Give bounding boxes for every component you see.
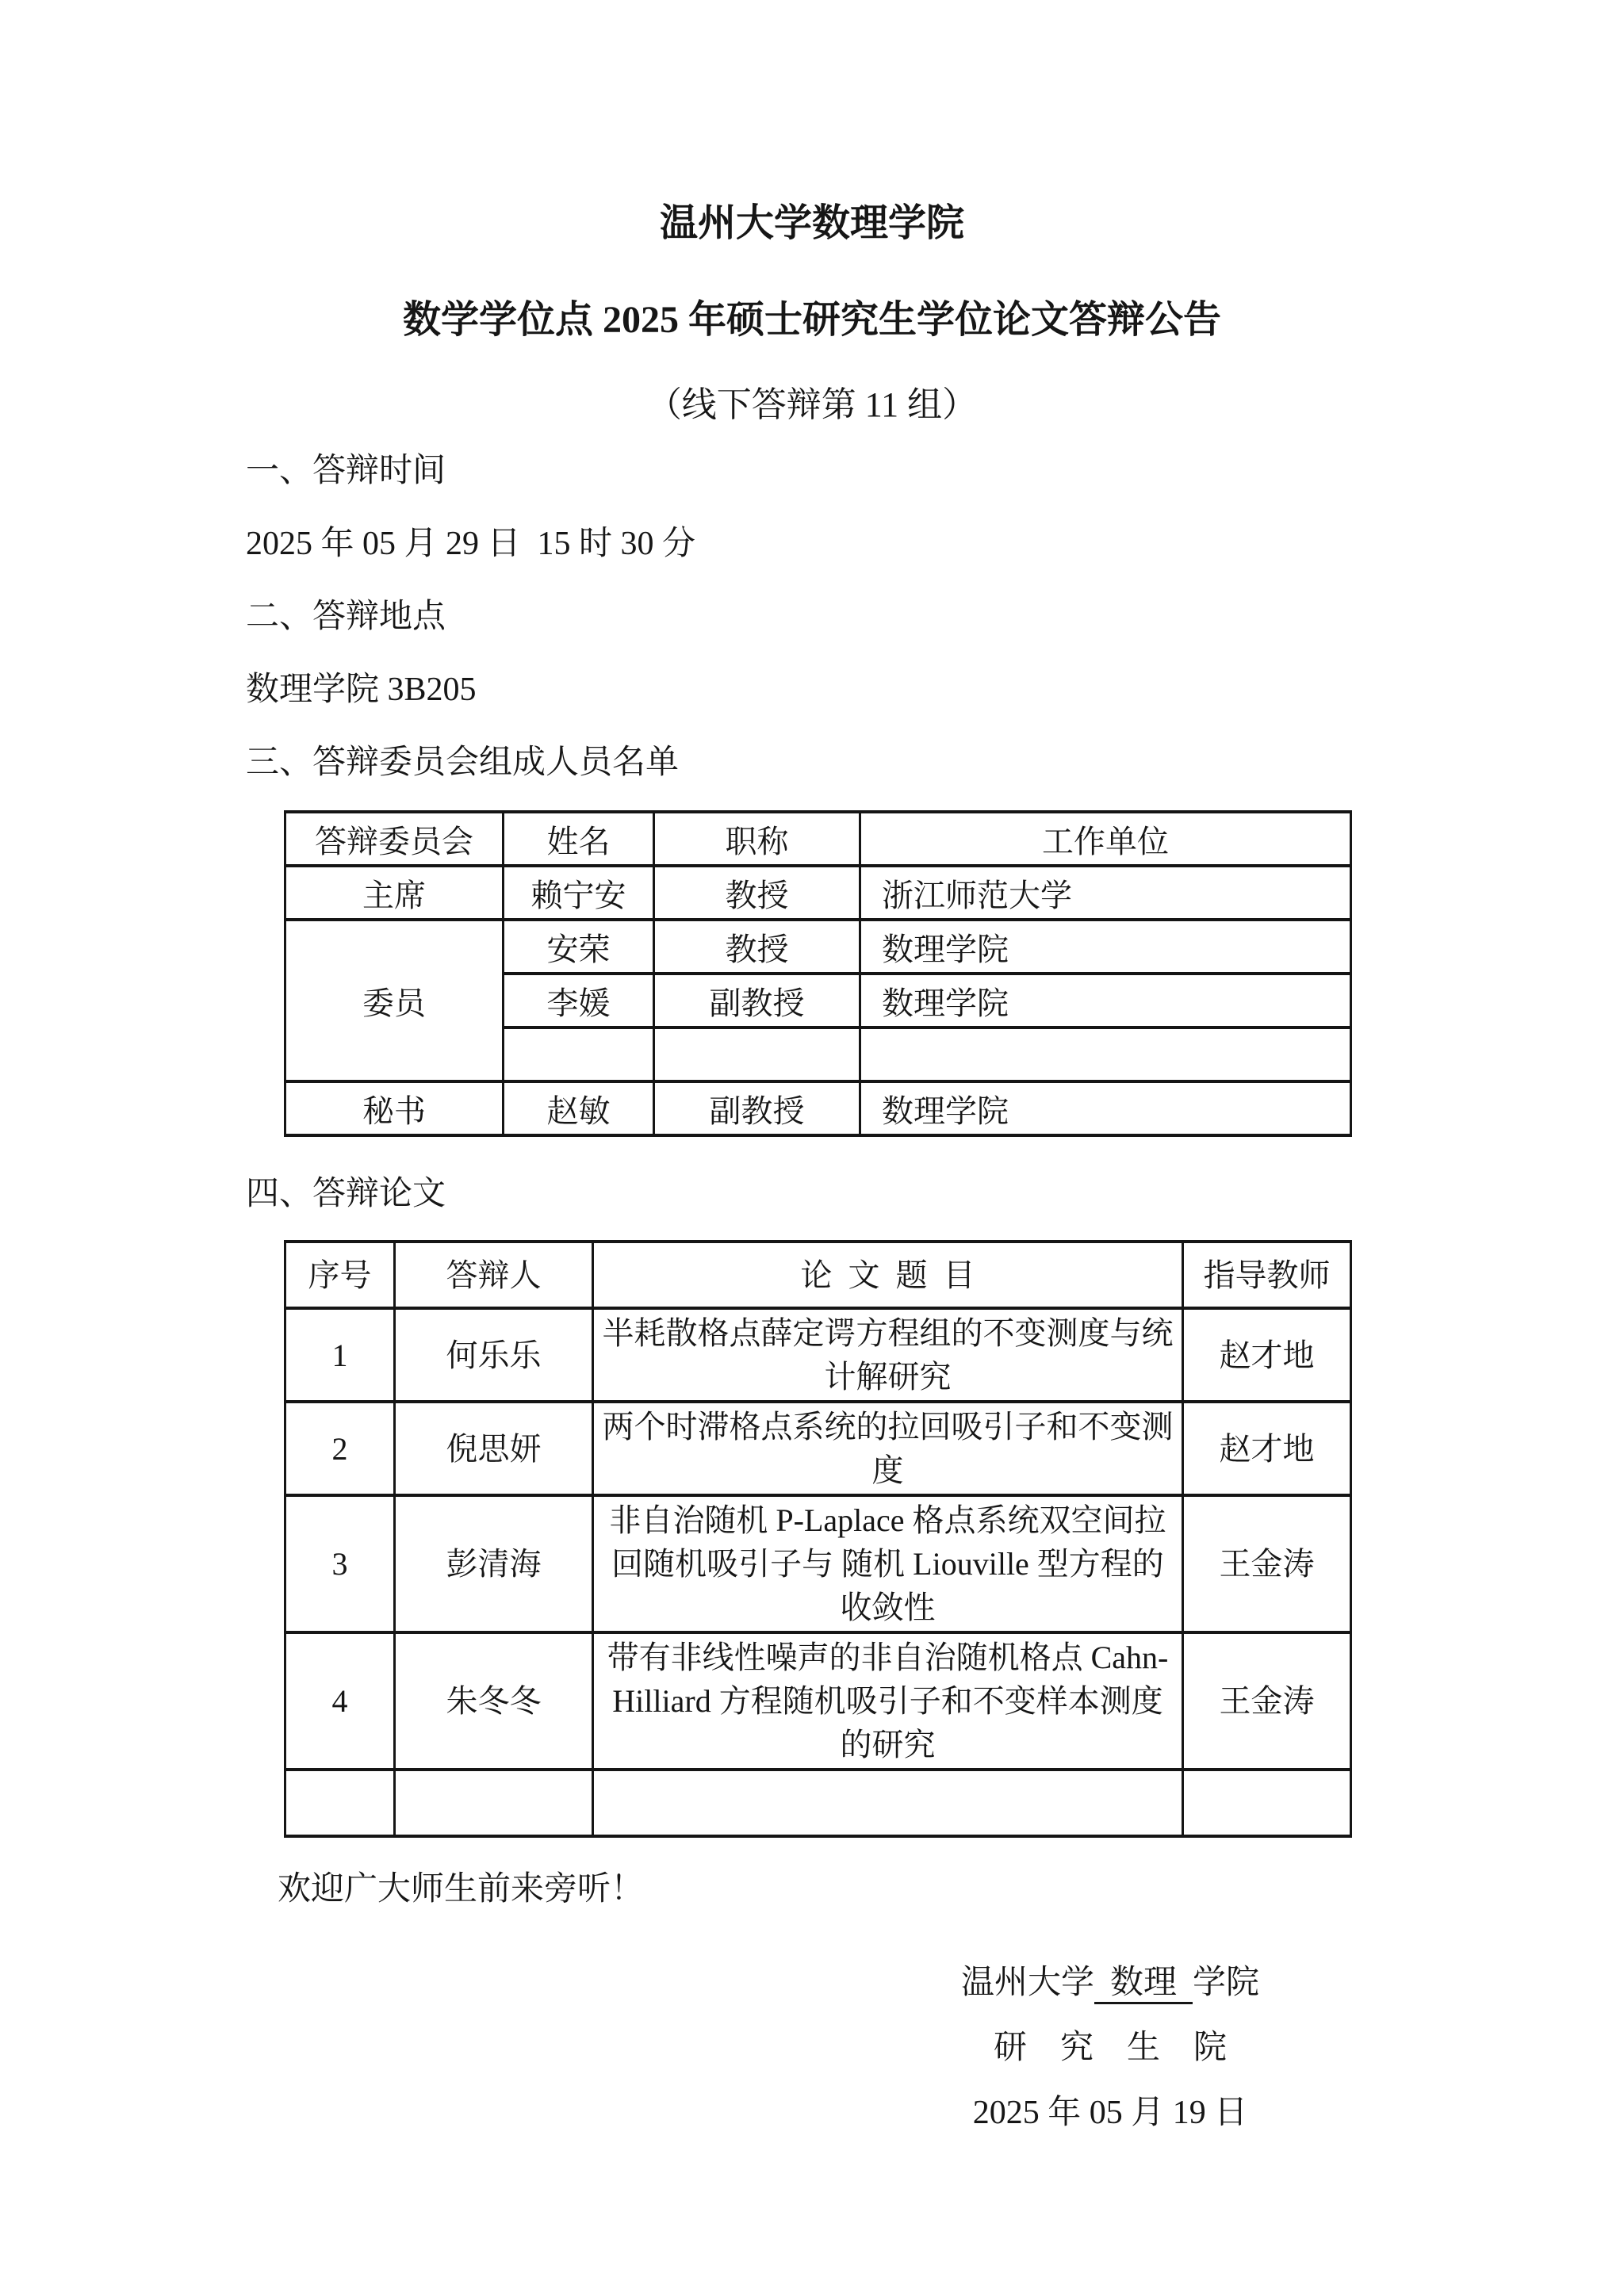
signature-org-prefix: 温州大学 <box>961 1965 1094 2001</box>
committee-cell-role: 秘书 <box>285 1081 504 1135</box>
committee-cell-title: 副教授 <box>654 1081 860 1135</box>
committee-cell-title: 教授 <box>654 866 860 920</box>
signature-org-line: 温州大学数理学院 <box>955 1950 1266 2015</box>
signature-grad-school-line: 研 究 生 院 <box>955 2015 1266 2080</box>
thesis-cell-title: 非自治随机 P-Laplace 格点系统双空间拉回随机吸引子与 随机 Liouv… <box>593 1495 1183 1632</box>
thesis-header-student: 答辩人 <box>395 1242 593 1308</box>
thesis-cell-advisor: 赵才地 <box>1183 1402 1351 1495</box>
thesis-cell-student: 何乐乐 <box>395 1308 593 1402</box>
committee-cell-unit: 数理学院 <box>860 1081 1351 1135</box>
committee-cell-name: 赵敏 <box>504 1081 654 1135</box>
thesis-cell-student: 朱冬冬 <box>395 1632 593 1770</box>
thesis-cell-student <box>395 1770 593 1836</box>
page-subtitle-main: 数学学位点 2025 年硕士研究生学位论文答辩公告 <box>0 300 1624 341</box>
committee-header-title: 职称 <box>654 812 860 866</box>
page-title: 温州大学数理学院 <box>0 203 1624 244</box>
table-row: 委员 安荣 教授 数理学院 <box>285 920 1351 974</box>
thesis-cell-no <box>285 1770 395 1836</box>
table-row: 2 倪思妍 两个时滞格点系统的拉回吸引子和不变测度 赵才地 <box>285 1402 1351 1495</box>
committee-cell-name: 李媛 <box>504 974 654 1027</box>
signature-org-suffix: 学院 <box>1193 1965 1259 2001</box>
committee-header-row: 答辩委员会 姓名 职称 工作单位 <box>285 812 1351 866</box>
closing-remark: 欢迎广大师生前来旁听！ <box>0 1855 1624 1923</box>
thesis-cell-advisor: 王金涛 <box>1183 1495 1351 1632</box>
thesis-cell-student: 倪思妍 <box>395 1402 593 1495</box>
section-4-heading: 四、答辩论文 <box>0 1158 1624 1230</box>
thesis-cell-no: 3 <box>285 1495 395 1632</box>
committee-cell-unit: 浙江师范大学 <box>860 866 1351 920</box>
thesis-cell-no: 1 <box>285 1308 395 1402</box>
thesis-cell-advisor: 赵才地 <box>1183 1308 1351 1402</box>
committee-cell-title: 副教授 <box>654 974 860 1027</box>
committee-table: 答辩委员会 姓名 职称 工作单位 主席 赖宁安 教授 浙江师范大学 委员 安荣 … <box>284 810 1352 1137</box>
thesis-header-row: 序号 答辩人 论 文 题 目 指导教师 <box>285 1242 1351 1308</box>
thesis-cell-no: 4 <box>285 1632 395 1770</box>
thesis-cell-title: 两个时滞格点系统的拉回吸引子和不变测度 <box>593 1402 1183 1495</box>
group-label: （线下答辩第 11 组） <box>0 382 1624 428</box>
committee-cell-name <box>504 1027 654 1081</box>
committee-header-name: 姓名 <box>504 812 654 866</box>
table-row: 主席 赖宁安 教授 浙江师范大学 <box>285 866 1351 920</box>
thesis-cell-advisor: 王金涛 <box>1183 1632 1351 1770</box>
committee-cell-unit: 数理学院 <box>860 920 1351 974</box>
thesis-header-title: 论 文 题 目 <box>593 1242 1183 1308</box>
committee-cell-name: 赖宁安 <box>504 866 654 920</box>
thesis-cell-student: 彭清海 <box>395 1495 593 1632</box>
committee-cell-title: 教授 <box>654 920 860 974</box>
section-2-heading: 二、答辩地点 <box>0 580 1624 653</box>
signature-block: 温州大学数理学院 研 究 生 院 2025 年 05 月 19 日 <box>955 1950 1266 2145</box>
committee-cell-unit: 数理学院 <box>860 974 1351 1027</box>
thesis-cell-title: 半耗散格点薛定谔方程组的不变测度与统计解研究 <box>593 1308 1183 1402</box>
announcement-document: 温州大学数理学院 数学学位点 2025 年硕士研究生学位论文答辩公告 （线下答辩… <box>0 0 1624 2296</box>
committee-header-unit: 工作单位 <box>860 812 1351 866</box>
table-row <box>285 1770 1351 1836</box>
table-row: 1 何乐乐 半耗散格点薛定谔方程组的不变测度与统计解研究 赵才地 <box>285 1308 1351 1402</box>
thesis-cell-advisor <box>1183 1770 1351 1836</box>
thesis-cell-title <box>593 1770 1183 1836</box>
committee-cell-role: 主席 <box>285 866 504 920</box>
table-row: 4 朱冬冬 带有非线性噪声的非自治随机格点 Cahn-Hilliard 方程随机… <box>285 1632 1351 1770</box>
signature-date-line: 2025 年 05 月 19 日 <box>955 2080 1266 2145</box>
thesis-cell-no: 2 <box>285 1402 395 1495</box>
section-3-heading: 三、答辩委员会组成人员名单 <box>0 726 1624 799</box>
committee-cell-role-members: 委员 <box>285 920 504 1081</box>
committee-cell-name: 安荣 <box>504 920 654 974</box>
thesis-header-no: 序号 <box>285 1242 395 1308</box>
defense-time-value: 2025 年 05 月 29 日 15 时 30 分 <box>0 507 1624 580</box>
committee-header-role: 答辩委员会 <box>285 812 504 866</box>
table-row: 秘书 赵敏 副教授 数理学院 <box>285 1081 1351 1135</box>
table-row: 3 彭清海 非自治随机 P-Laplace 格点系统双空间拉回随机吸引子与 随机… <box>285 1495 1351 1632</box>
committee-cell-unit <box>860 1027 1351 1081</box>
thesis-cell-title: 带有非线性噪声的非自治随机格点 Cahn-Hilliard 方程随机吸引子和不变… <box>593 1632 1183 1770</box>
signature-org-underlined: 数理 <box>1094 1964 1193 2004</box>
committee-cell-title <box>654 1027 860 1081</box>
section-1-heading: 一、答辩时间 <box>0 434 1624 507</box>
thesis-header-advisor: 指导教师 <box>1183 1242 1351 1308</box>
thesis-table: 序号 答辩人 论 文 题 目 指导教师 1 何乐乐 半耗散格点薛定谔方程组的不变… <box>284 1240 1352 1838</box>
defense-location-value: 数理学院 3B205 <box>0 653 1624 726</box>
